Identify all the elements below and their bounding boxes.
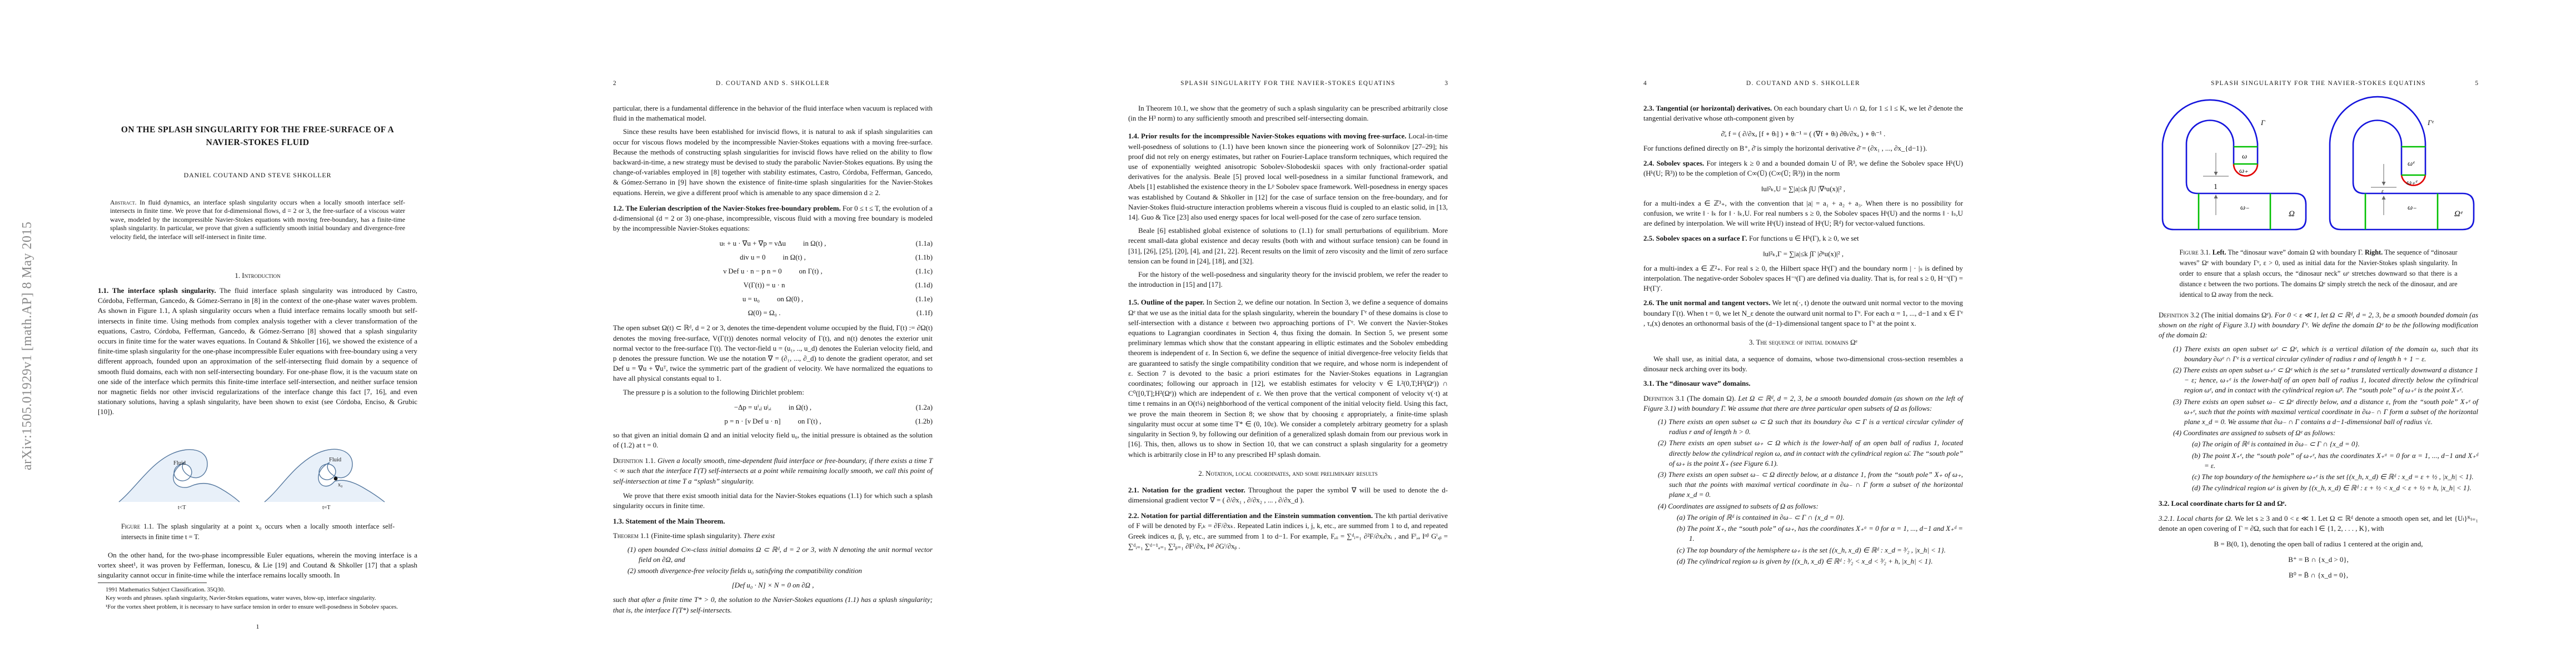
equation: ν Def u · n − p n = 0 [723, 267, 781, 275]
header-page-number: 4 [1643, 79, 1647, 87]
subsection-2-3: 2.3. Tangential (or horizontal) derivati… [1643, 103, 1963, 123]
equation-number: (1.1f) [916, 306, 933, 320]
equation-group-1-1: uₜ + u · ∇u + ∇p = νΔuin Ω(t) ,(1.1a) di… [613, 237, 933, 320]
theorem-label: Theorem 1.1 [613, 532, 649, 540]
subsection-title: 2.1. Notation for the gradient vector. [1128, 486, 1245, 494]
paragraph-1-1: 1.1. The interface splash singularity. T… [98, 286, 417, 417]
equation-number: (1.1e) [916, 292, 933, 306]
figure-1-1: Fluid t<T Fluid x₀ t=T [118, 445, 401, 512]
page-4-content: 2.3. Tangential (or horizontal) derivati… [1643, 103, 1963, 568]
page-1: arXiv:1505.01929v1 [math.AP] 8 May 2015 … [0, 0, 515, 667]
omega-label: ω [2242, 152, 2247, 160]
distance-epsilon-label: ε [2381, 188, 2384, 195]
paragraph: so that given an initial domain Ω and an… [613, 430, 933, 450]
subsection-text: Local-in-time well-posedness of solution… [1128, 132, 1448, 221]
equation-2-5: ‖u‖²ₖ,Γ = ∑|a|≤k ∫Γ |∂̄ᵃu(x)|² , [1643, 247, 1963, 261]
subsection-1-1-title: 1.1. The interface splash singularity. [98, 287, 216, 295]
subsubsection-title: 3.2.1. Local charts for Ω. [2159, 515, 2233, 522]
subsection-2-5: 2.5. Sobolev spaces on a surface Γ. For … [1643, 233, 1963, 243]
footnote-rule [98, 583, 207, 583]
authors-line: DANIEL COUTAND AND STEVE SHKOLLER [98, 171, 417, 180]
subsubsection-3-2-1: 3.2.1. Local charts for Ω. We let s ≥ 3 … [2159, 514, 2478, 534]
subsection-3-2-title: 3.2. Local coordinate charts for Ω and Ω… [2159, 499, 2478, 509]
page-5-content: Γ ω ω₊ 1 ω₋ Ω [2159, 92, 2478, 584]
subsection-1-1-text: The fluid interface splash singularity w… [98, 287, 417, 416]
abstract: Abstract. In fluid dynamics, an interfac… [110, 198, 405, 241]
subsection-text: In Section 2, we define our notation. In… [1128, 298, 1448, 458]
definition-subitem: (b) The point X₊, the “south pole” of ω₊… [1643, 524, 1963, 544]
paper-title-line-2: NAVIER-STOKES FLUID [98, 136, 417, 149]
omega-minus-label-2: ω₋ [2408, 203, 2416, 211]
definition-subitem: (b) The point X₊ᵉ, the “south pole” of ω… [2159, 451, 2478, 471]
header-page-number: 5 [2475, 79, 2478, 87]
definition-text: Given a locally smooth, time-dependent f… [613, 457, 933, 485]
definition-1-1: Definition 1.1. Given a locally smooth, … [613, 456, 933, 486]
definition-subitem: (d) The cylindrical region ωᵉ is given b… [2159, 483, 2478, 493]
equation: −Δp = uⁱ,ⱼ uʲ,ᵢ [734, 404, 771, 411]
page-4: 4 D. COUTAND AND S. SHKOLLER 2.3. Tangen… [1546, 0, 2061, 667]
wave-at-splash: Fluid x₀ t=T [265, 449, 385, 511]
definition-label: Definition 3.1 [1643, 395, 1685, 402]
header-page-number: 3 [1444, 79, 1448, 87]
definition-label: Definition 3.2 [2159, 311, 2199, 319]
footnote-1: ¹For the vortex sheet problem, it is nec… [98, 603, 417, 611]
paragraph: Beale [6] established global existence o… [1128, 226, 1448, 266]
paragraph: particular, there is a fundamental diffe… [613, 103, 933, 123]
page-5: SPLASH SINGULARITY FOR THE NAVIER-STOKES… [2061, 0, 2576, 667]
equation-condition: on Γ(t) , [798, 417, 821, 425]
definition-subitem: (c) The top boundary of the hemisphere ω… [2159, 472, 2478, 482]
equation-condition: on Γ(t) , [799, 267, 822, 275]
theorem-equation: [Def u₀ · N] × N = 0 on ∂Ω , [613, 578, 933, 593]
arxiv-watermark: arXiv:1505.01929v1 [math.AP] 8 May 2015 [20, 152, 41, 470]
omega-plus-label: ω₊ [2239, 166, 2248, 175]
caption-label: Figure 1.1. [121, 522, 154, 530]
arrowhead [2214, 172, 2218, 176]
gamma-epsilon-label: Γᵉ [2427, 118, 2434, 127]
domain-omega-label: Ω [2289, 210, 2295, 218]
fluid-label-right: Fluid [329, 457, 342, 463]
theorem-intro: There exist [744, 532, 775, 540]
fluid-label-left: Fluid [173, 460, 186, 466]
equation-number: (1.1a) [916, 237, 933, 250]
omega-minus-label: ω₋ [2240, 203, 2249, 211]
paragraph: We shall use, as initial data, a sequenc… [1643, 354, 1963, 374]
equation-row: −Δp = uⁱ,ⱼ uʲ,ᵢin Ω(t) ,(1.2a) [613, 401, 933, 414]
definition-item: (2) There exists an open subset ω₊ ⊂ Ω w… [1643, 438, 1963, 469]
splash-point-label: x₀ [338, 482, 343, 488]
omega-plus-epsilon-label: ω₊ᵉ [2406, 178, 2418, 186]
subsection-title: 2.5. Sobolev spaces on a surface Γ. [1643, 235, 1747, 242]
footnote-msc: 1991 Mathematics Subject Classification.… [98, 586, 417, 594]
equation-row: V(Γ(t)) = u · n(1.1d) [613, 278, 933, 292]
header-page-number: 2 [613, 79, 616, 87]
equation-condition: in Ω(t) , [783, 253, 805, 261]
domain-omega-epsilon-label: Ωᵉ [2454, 210, 2463, 218]
subsection-2-4: 2.4. Sobolev spaces. For integers k ≥ 0 … [1643, 158, 1963, 178]
caption-right-bold: Right. [2365, 248, 2383, 256]
definition-item: (3) There exists an open subset ω₋ ⊂ Ωᵉ … [2159, 397, 2478, 427]
definition-item: (4) Coordinates are assigned to subsets … [1643, 501, 1963, 511]
splash-point-dot [334, 477, 338, 481]
definition-paren: (The domain Ω). [1685, 395, 1736, 402]
footnote-keywords: Key words and phrases. splash singularit… [98, 594, 417, 603]
subsection-text: For functions u ∈ Hᵏ(Γ), k ≥ 0, we set [1749, 235, 1859, 242]
equation: Ω(0) = Ω₀ . [748, 309, 781, 317]
equation: div u = 0 [740, 253, 765, 261]
equation-row: uₜ + u · ∇u + ∇p = νΔuin Ω(t) ,(1.1a) [613, 237, 933, 250]
figure-1-1-caption: Figure 1.1. The splash singularity at a … [121, 521, 395, 542]
definition-item: (4) Coordinates are assigned to subsets … [2159, 428, 2478, 438]
section-3-heading: 3. The sequence of initial domains Ωᵉ [1643, 337, 1963, 347]
equation-condition: on Ω(0) , [777, 295, 803, 303]
paragraph: For functions defined directly on B⁺, ∂̄… [1643, 143, 1963, 153]
arrowhead [2382, 182, 2386, 186]
paper-title-line-1: ON THE SPLASH SINGULARITY FOR THE FREE-S… [98, 123, 417, 136]
subsection-title: 1.2. The Eulerian description of the Nav… [613, 205, 841, 212]
definition-subitem: (a) The origin of ℝᵈ is contained in ∂ω₋… [2159, 439, 2478, 449]
equation-number: (1.1d) [915, 278, 933, 292]
definition-3-1: Definition 3.1 (The domain Ω). Let Ω ⊂ ℝ… [1643, 394, 1963, 414]
header-title: SPLASH SINGULARITY FOR THE NAVIER-STOKES… [2211, 80, 2426, 87]
theorem-paren: (Finite-time splash singularity). [649, 532, 741, 540]
paragraph: We prove that there exist smooth initial… [613, 491, 933, 511]
equation-group-1-2: −Δp = uⁱ,ⱼ uʲ,ᵢin Ω(t) ,(1.2a) p = n · [… [613, 401, 933, 428]
paragraph: The pressure p is a solution to the foll… [613, 387, 933, 397]
display-line-b: B = B(0, 1), denoting the open ball of r… [2159, 537, 2478, 551]
theorem-item-1: (1) open bounded C∞-class initial domain… [613, 545, 933, 565]
figure-1-1-canvas: Fluid t<T Fluid x₀ t=T [118, 445, 401, 512]
equation-row: ν Def u · n − p n = 0on Γ(t) ,(1.1c) [613, 265, 933, 278]
equation-row: Ω(0) = Ω₀ .(1.1f) [613, 306, 933, 320]
page-number-1: 1 [98, 623, 417, 631]
abstract-label: Abstract. [110, 198, 137, 206]
footnote-block: 1991 Mathematics Subject Classification.… [98, 583, 417, 611]
equation: uₜ + u · ∇u + ∇p = νΔu [720, 240, 786, 247]
subsection-1-2: 1.2. The Eulerian description of the Nav… [613, 203, 933, 234]
section-2-heading: 2. Notation, local coordinates, and some… [1128, 469, 1448, 479]
page-2: 2 D. COUTAND AND S. SHKOLLER particular,… [515, 0, 1030, 667]
equation: V(Γ(t)) = u · n [744, 281, 785, 289]
subsection-title: 1.5. Outline of the paper. [1128, 298, 1204, 306]
header-title: D. COUTAND AND S. SHKOLLER [1746, 80, 1860, 87]
theorem-item-2: (2) smooth divergence-free velocity fiel… [613, 566, 933, 576]
section-1-heading: 1. Introduction [98, 271, 417, 281]
paragraph-other-hand: On the other hand, for the two-phase inc… [98, 550, 417, 581]
wave-before-splash: Fluid t<T [119, 450, 240, 511]
gamma-label: Γ [2260, 118, 2265, 127]
display-line-b-plus: B⁺ = B ∩ {x_d > 0}, [2159, 552, 2478, 567]
subsection-2-6: 2.6. The unit normal and tangent vectors… [1643, 298, 1963, 328]
running-header-2: 2 D. COUTAND AND S. SHKOLLER [613, 79, 933, 87]
caption-left-bold: Left. [2213, 248, 2226, 256]
equation-number: (1.2b) [915, 415, 933, 428]
abstract-text: In fluid dynamics, an interface splash s… [110, 198, 405, 241]
figure-3-1: Γ ω ω₊ 1 ω₋ Ω [2159, 92, 2478, 237]
subsection-3-1-title: 3.1. The “dinosaur wave” domains. [1643, 379, 1963, 389]
header-title: SPLASH SINGULARITY FOR THE NAVIER-STOKES… [1180, 80, 1396, 87]
subsection-2-2: 2.2. Notation for partial differentiatio… [1128, 511, 1448, 551]
paragraph: The open subset Ω(t) ⊂ ℝᵈ, d = 2 or 3, d… [613, 323, 933, 384]
subsection-1-4: 1.4. Prior results for the incompressibl… [1128, 131, 1448, 222]
dinosaur-domain-left: Γ ω ω₊ 1 ω₋ Ω [2163, 100, 2306, 230]
equation-2-3: ∂̄ₐ f = ( ∂/∂xₐ [f ∘ θₗ] ) ∘ θₗ⁻¹ = ( (∇… [1643, 127, 1963, 141]
arrowhead [2214, 195, 2218, 198]
header-title: D. COUTAND AND S. SHKOLLER [716, 80, 830, 87]
running-header-5: SPLASH SINGULARITY FOR THE NAVIER-STOKES… [2159, 79, 2478, 87]
definition-item: (2) There exists an open subset ω₊ᵉ ⊂ Ωᵉ… [2159, 365, 2478, 396]
running-header-4: 4 D. COUTAND AND S. SHKOLLER [1643, 79, 1963, 87]
subsection-title: 2.6. The unit normal and tangent vectors… [1643, 299, 1770, 307]
domain-boundary-right [2330, 97, 2474, 230]
equation: p = n · [ν Def u · n] [724, 417, 780, 425]
paragraph: Since these results have been establishe… [613, 127, 933, 197]
page-2-content: particular, there is a fundamental diffe… [613, 103, 933, 619]
equation-number: (1.1c) [916, 265, 933, 278]
definition-item: (1) There exists an open subset ω ⊂ Ω su… [1643, 417, 1963, 437]
equation-row: u = u₀on Ω(0) ,(1.1e) [613, 292, 933, 306]
caption-text: The splash singularity at a point x₀ occ… [121, 522, 395, 541]
equation-row: p = n · [ν Def u · n]on Γ(t) ,(1.2b) [613, 415, 933, 428]
caption-left-text: The “dinosaur wave” domain Ω with bounda… [2228, 248, 2363, 256]
paragraph: For the history of the well-posedness an… [1128, 270, 1448, 290]
equation-number: (1.1b) [915, 251, 933, 264]
definition-subitem: (a) The origin of ℝᵈ is contained in ∂ω₋… [1643, 512, 1963, 522]
paragraph: for a multi-index a ∈ ℤ³₊, with the conv… [1643, 198, 1963, 229]
page-3-content: In Theorem 10.1, we show that the geomet… [1128, 103, 1448, 555]
paper-spread: arXiv:1505.01929v1 [math.AP] 8 May 2015 … [0, 0, 2576, 667]
definition-paren: (The initial domains Ωᵉ). [2199, 311, 2273, 319]
page-3: SPLASH SINGULARITY FOR THE NAVIER-STOKES… [1030, 0, 1546, 667]
equation-condition: in Ω(t) , [803, 240, 826, 247]
time-equal-label: t=T [322, 505, 331, 511]
definition-item: (1) There exists an open subset ωᵉ ⊂ Ωᵉ,… [2159, 344, 2478, 364]
definition-label: Definition 1.1. [613, 457, 656, 465]
paragraph: In Theorem 10.1, we show that the geomet… [1128, 103, 1448, 123]
equation-condition: in Ω(t) , [789, 404, 811, 411]
subsection-title: 1.4. Prior results for the incompressibl… [1128, 132, 1406, 140]
arrowhead [2382, 196, 2386, 200]
equation-2-4: ‖u‖²ₖ,U = ∑|a|≤k ∫U |∇ᵃu(x)|² , [1643, 182, 1963, 196]
caption-label: Figure 3.1. [2180, 248, 2211, 256]
subsection-2-1: 2.1. Notation for the gradient vector. T… [1128, 485, 1448, 505]
subsection-title: 2.3. Tangential (or horizontal) derivati… [1643, 104, 1772, 112]
definition-3-2: Definition 3.2 (The initial domains Ωᵉ).… [2159, 310, 2478, 341]
equation-number: (1.2a) [916, 401, 933, 414]
paragraph: for a multi-index a ∈ ℤ²₊. For real s ≥ … [1643, 263, 1963, 294]
definition-item: (3) There exists an open subset ω₋ ⊂ Ω d… [1643, 470, 1963, 500]
dinosaur-domain-right: Γᵉ ωᵉ ω₊ᵉ ε ω₋ Ωᵉ [2330, 97, 2474, 230]
equation: u = u₀ [743, 295, 760, 303]
theorem-conclusion: such that after a finite time T* > 0, th… [613, 595, 933, 615]
subsection-1-5: 1.5. Outline of the paper. In Section 2,… [1128, 297, 1448, 459]
definition-subitem: (d) The cylindrical region ω is given by… [1643, 556, 1963, 566]
subsection-title: 2.4. Sobolev spaces. [1643, 160, 1704, 167]
equation-row: div u = 0in Ω(t) ,(1.1b) [613, 251, 933, 264]
running-header-3: SPLASH SINGULARITY FOR THE NAVIER-STOKES… [1128, 79, 1448, 87]
subsection-title: 2.2. Notation for partial differentiatio… [1128, 512, 1373, 520]
distance-one-label: 1 [2214, 183, 2218, 191]
theorem-1-1: Theorem 1.1 (Finite-time splash singular… [613, 531, 933, 541]
title-block: ON THE SPLASH SINGULARITY FOR THE FREE-S… [98, 123, 417, 241]
figure-3-1-caption: Figure 3.1. Left. The “dinosaur wave” do… [2180, 247, 2458, 300]
subsection-1-3-title: 1.3. Statement of the Main Theorem. [613, 516, 933, 526]
time-before-label: t<T [178, 505, 186, 511]
omega-epsilon-label: ωᵉ [2408, 159, 2415, 167]
definition-subitem: (c) The top boundary of the hemisphere ω… [1643, 545, 1963, 555]
display-line-b-zero: B⁰ = B̄ ∩ {x_d = 0}, [2159, 568, 2478, 583]
